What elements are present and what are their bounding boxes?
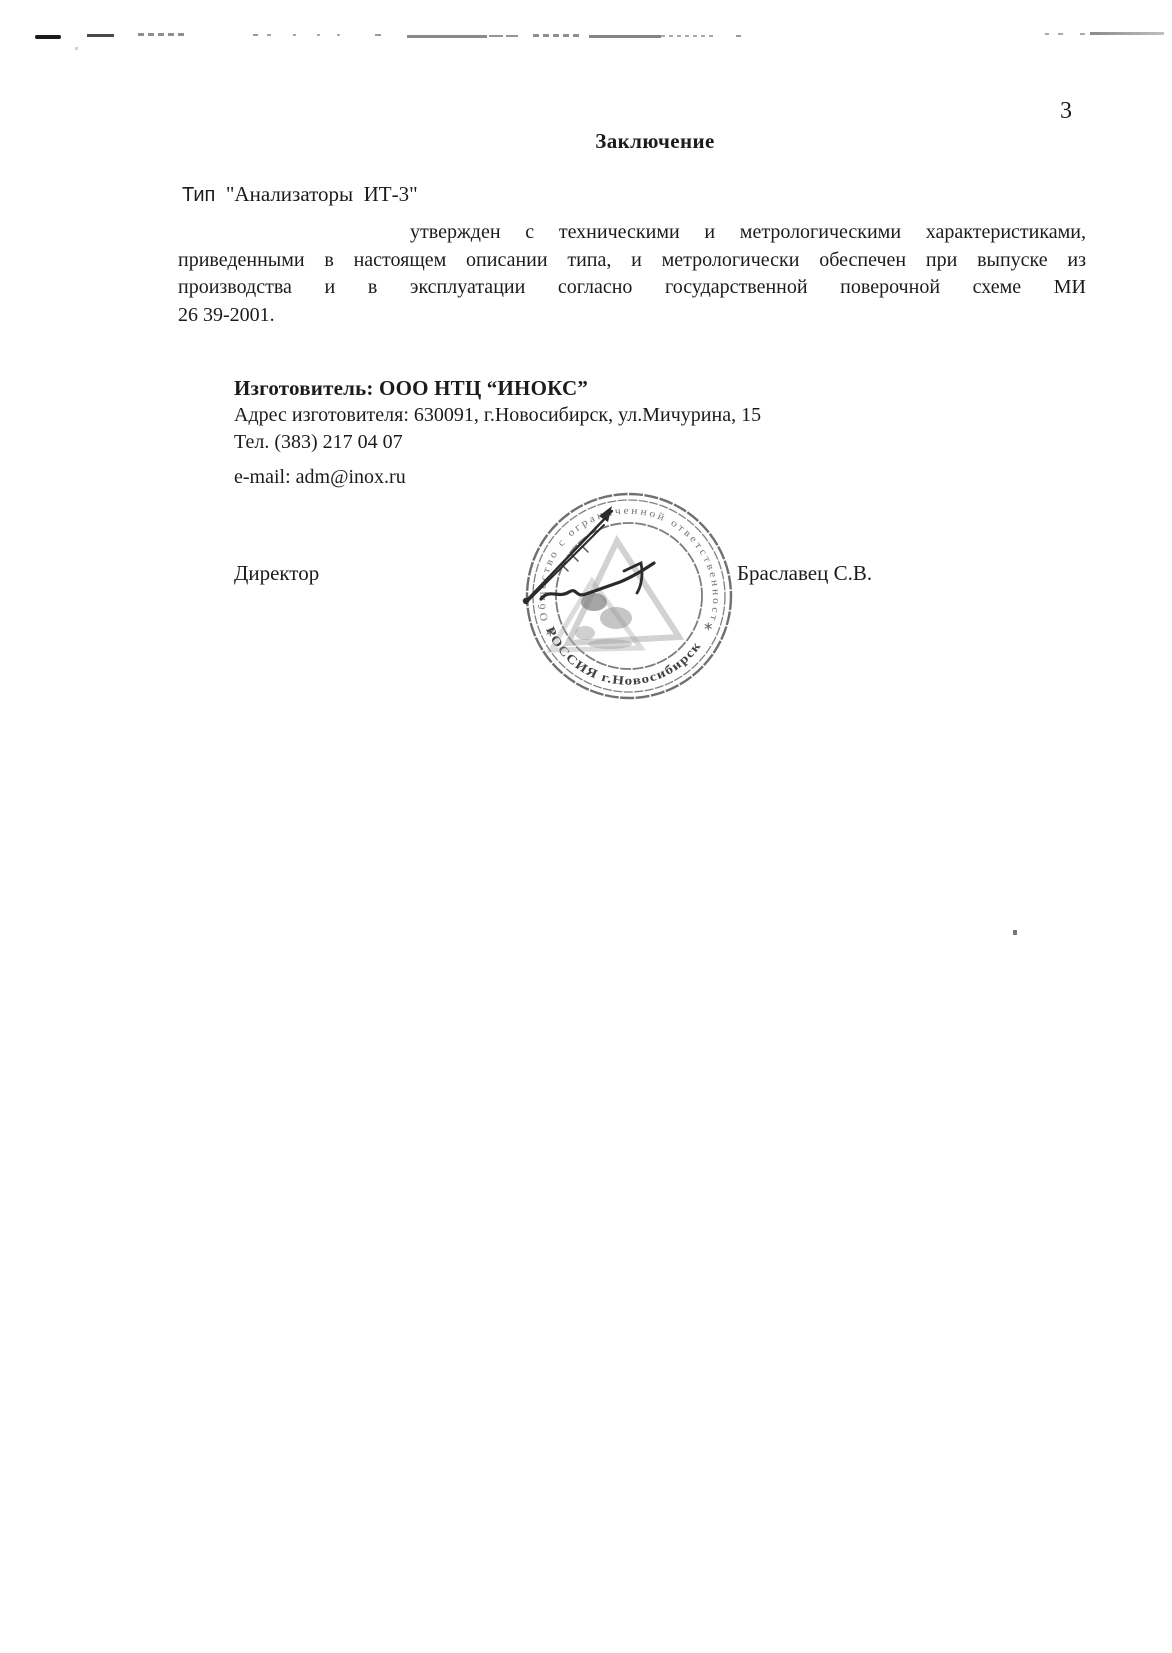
director-label: Директор bbox=[234, 561, 319, 586]
scan-artifact bbox=[267, 34, 271, 36]
scan-artifact bbox=[736, 35, 741, 37]
scan-artifact bbox=[375, 34, 381, 36]
scan-artifact bbox=[489, 35, 503, 37]
page-number: 3 bbox=[1060, 99, 1072, 123]
scan-artifact bbox=[1013, 930, 1017, 935]
conclusion-paragraph: утвержден с техническими и метрологическ… bbox=[178, 219, 1086, 329]
scan-artifact bbox=[506, 35, 518, 37]
paragraph-line: утвержден с техническими и метрологическ… bbox=[178, 219, 1086, 247]
scan-artifact bbox=[1045, 33, 1049, 35]
manufacturer-block: Изготовитель: ООО НТЦ “ИНОКС” Адрес изго… bbox=[234, 375, 761, 491]
page-title: Заключение bbox=[540, 131, 770, 152]
scan-artifact bbox=[1058, 33, 1063, 35]
scan-artifact bbox=[35, 35, 61, 39]
stamp-rings bbox=[527, 494, 731, 698]
type-line: Тип "Анализаторы ИТ-3" bbox=[182, 184, 418, 205]
manufacturer-title: Изготовитель: ООО НТЦ “ИНОКС” bbox=[234, 375, 761, 402]
scan-artifact bbox=[661, 35, 715, 37]
scan-artifact bbox=[407, 35, 487, 38]
scan-artifact bbox=[533, 34, 583, 37]
manufacturer-email: e-mail: adm@inox.ru bbox=[234, 464, 761, 491]
manufacturer-address: Адрес изготовителя: 630091, г.Новосибирс… bbox=[234, 402, 761, 429]
type-spacer bbox=[215, 182, 226, 206]
scan-artifact bbox=[293, 34, 296, 36]
scan-artifact bbox=[87, 34, 114, 37]
signer-name: Браславец С.В. bbox=[737, 561, 872, 586]
manufacturer-phone: Тел. (383) 217 04 07 bbox=[234, 429, 761, 456]
scan-artifact bbox=[589, 35, 661, 38]
paragraph-line: 26 39-2001. bbox=[178, 302, 1086, 330]
stamp-right-asterisk: * bbox=[704, 620, 713, 640]
paragraph-line: производства и в эксплуатации согласно г… bbox=[178, 274, 1086, 302]
stamp-seal-icon: Общество с ограниченной ответственностью… bbox=[522, 489, 736, 705]
scan-artifact bbox=[317, 34, 320, 36]
company-stamp: Общество с ограниченной ответственностью… bbox=[522, 489, 736, 705]
scan-artifact bbox=[337, 34, 340, 36]
triangle-logo bbox=[551, 541, 679, 650]
scan-artifact bbox=[1080, 33, 1085, 35]
scan-artifact bbox=[75, 47, 78, 50]
scan-artifact bbox=[138, 33, 188, 36]
type-prefix: Тип bbox=[182, 184, 215, 206]
scan-artifact bbox=[253, 34, 258, 36]
type-value: "Анализаторы ИТ-3" bbox=[226, 182, 418, 206]
paragraph-line: приведенными в настоящем описании типа, … bbox=[178, 247, 1086, 275]
scan-artifact bbox=[1090, 32, 1164, 35]
document-page: 3 Заключение Тип "Анализаторы ИТ-3" утве… bbox=[0, 0, 1172, 1653]
